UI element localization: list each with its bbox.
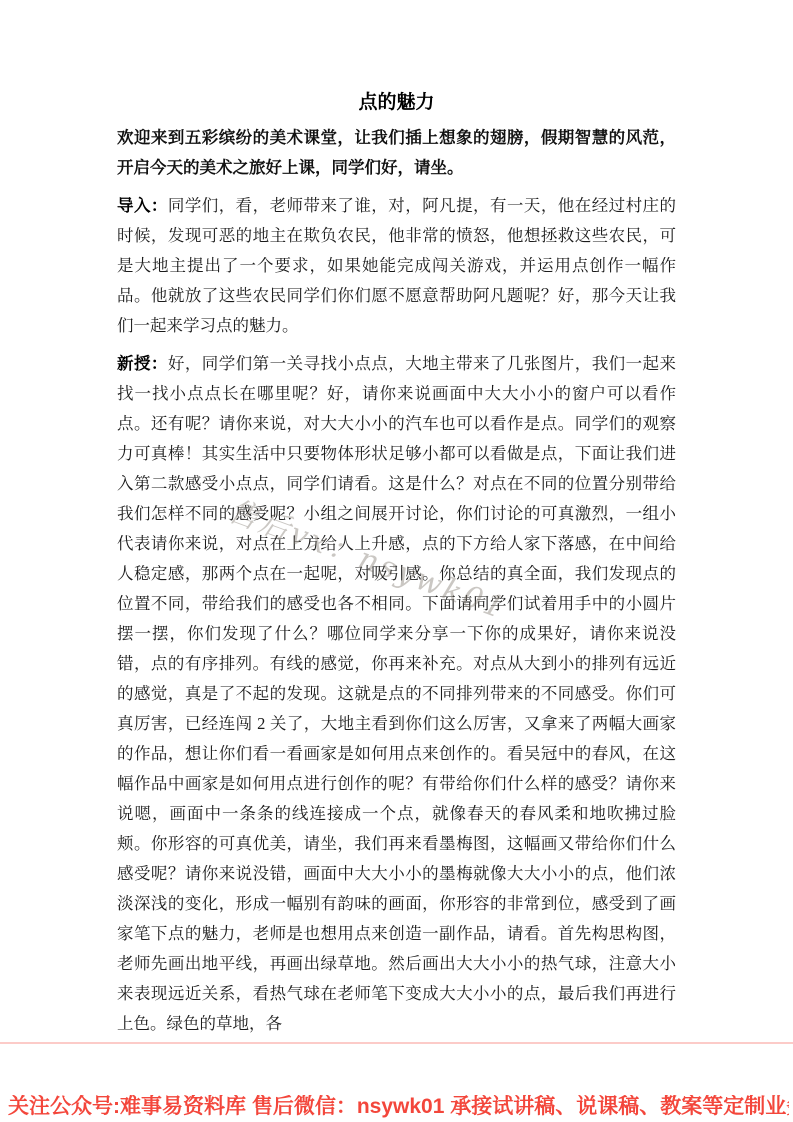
promo-footer-banner: 关注公众号:难事易资料库 售后微信：nsywk01 承接试讲稿、说课稿、教案等定…	[8, 1095, 789, 1119]
footer-separator-line	[0, 1042, 793, 1044]
page-title: 点的魅力	[117, 88, 676, 118]
intro-paragraph: 欢迎来到五彩缤纷的美术课堂，让我们插上想象的翅膀，假期智慧的风范，开启今天的美术…	[117, 123, 676, 183]
import-section-text: 同学们，看，老师带来了谁，对，阿凡提，有一天，他在经过村庄的时候，发现可恶的地主…	[117, 196, 676, 335]
lesson-script-document: 点的魅力 欢迎来到五彩缤纷的美术课堂，让我们插上想象的翅膀，假期智慧的风范，开启…	[117, 88, 676, 1047]
document-page: { "document": { "title": "点的魅力", "paragr…	[0, 0, 793, 1122]
import-section-paragraph: 导入：同学们，看，老师带来了谁，对，阿凡提，有一天，他在经过村庄的时候，发现可恶…	[117, 191, 676, 341]
new-lesson-section-text: 好，同学们第一关寻找小点点，大地主带来了几张图片，我们一起来找一找小点点长在哪里…	[117, 354, 676, 1033]
intro-paragraph-text: 欢迎来到五彩缤纷的美术课堂，让我们插上想象的翅膀，假期智慧的风范，开启今天的美术…	[117, 129, 676, 177]
new-lesson-section-label: 新授：	[117, 355, 168, 373]
import-section-label: 导入：	[117, 197, 168, 215]
new-lesson-section-paragraph: 新授：好，同学们第一关寻找小点点，大地主带来了几张图片，我们一起来找一找小点点长…	[117, 349, 676, 1039]
